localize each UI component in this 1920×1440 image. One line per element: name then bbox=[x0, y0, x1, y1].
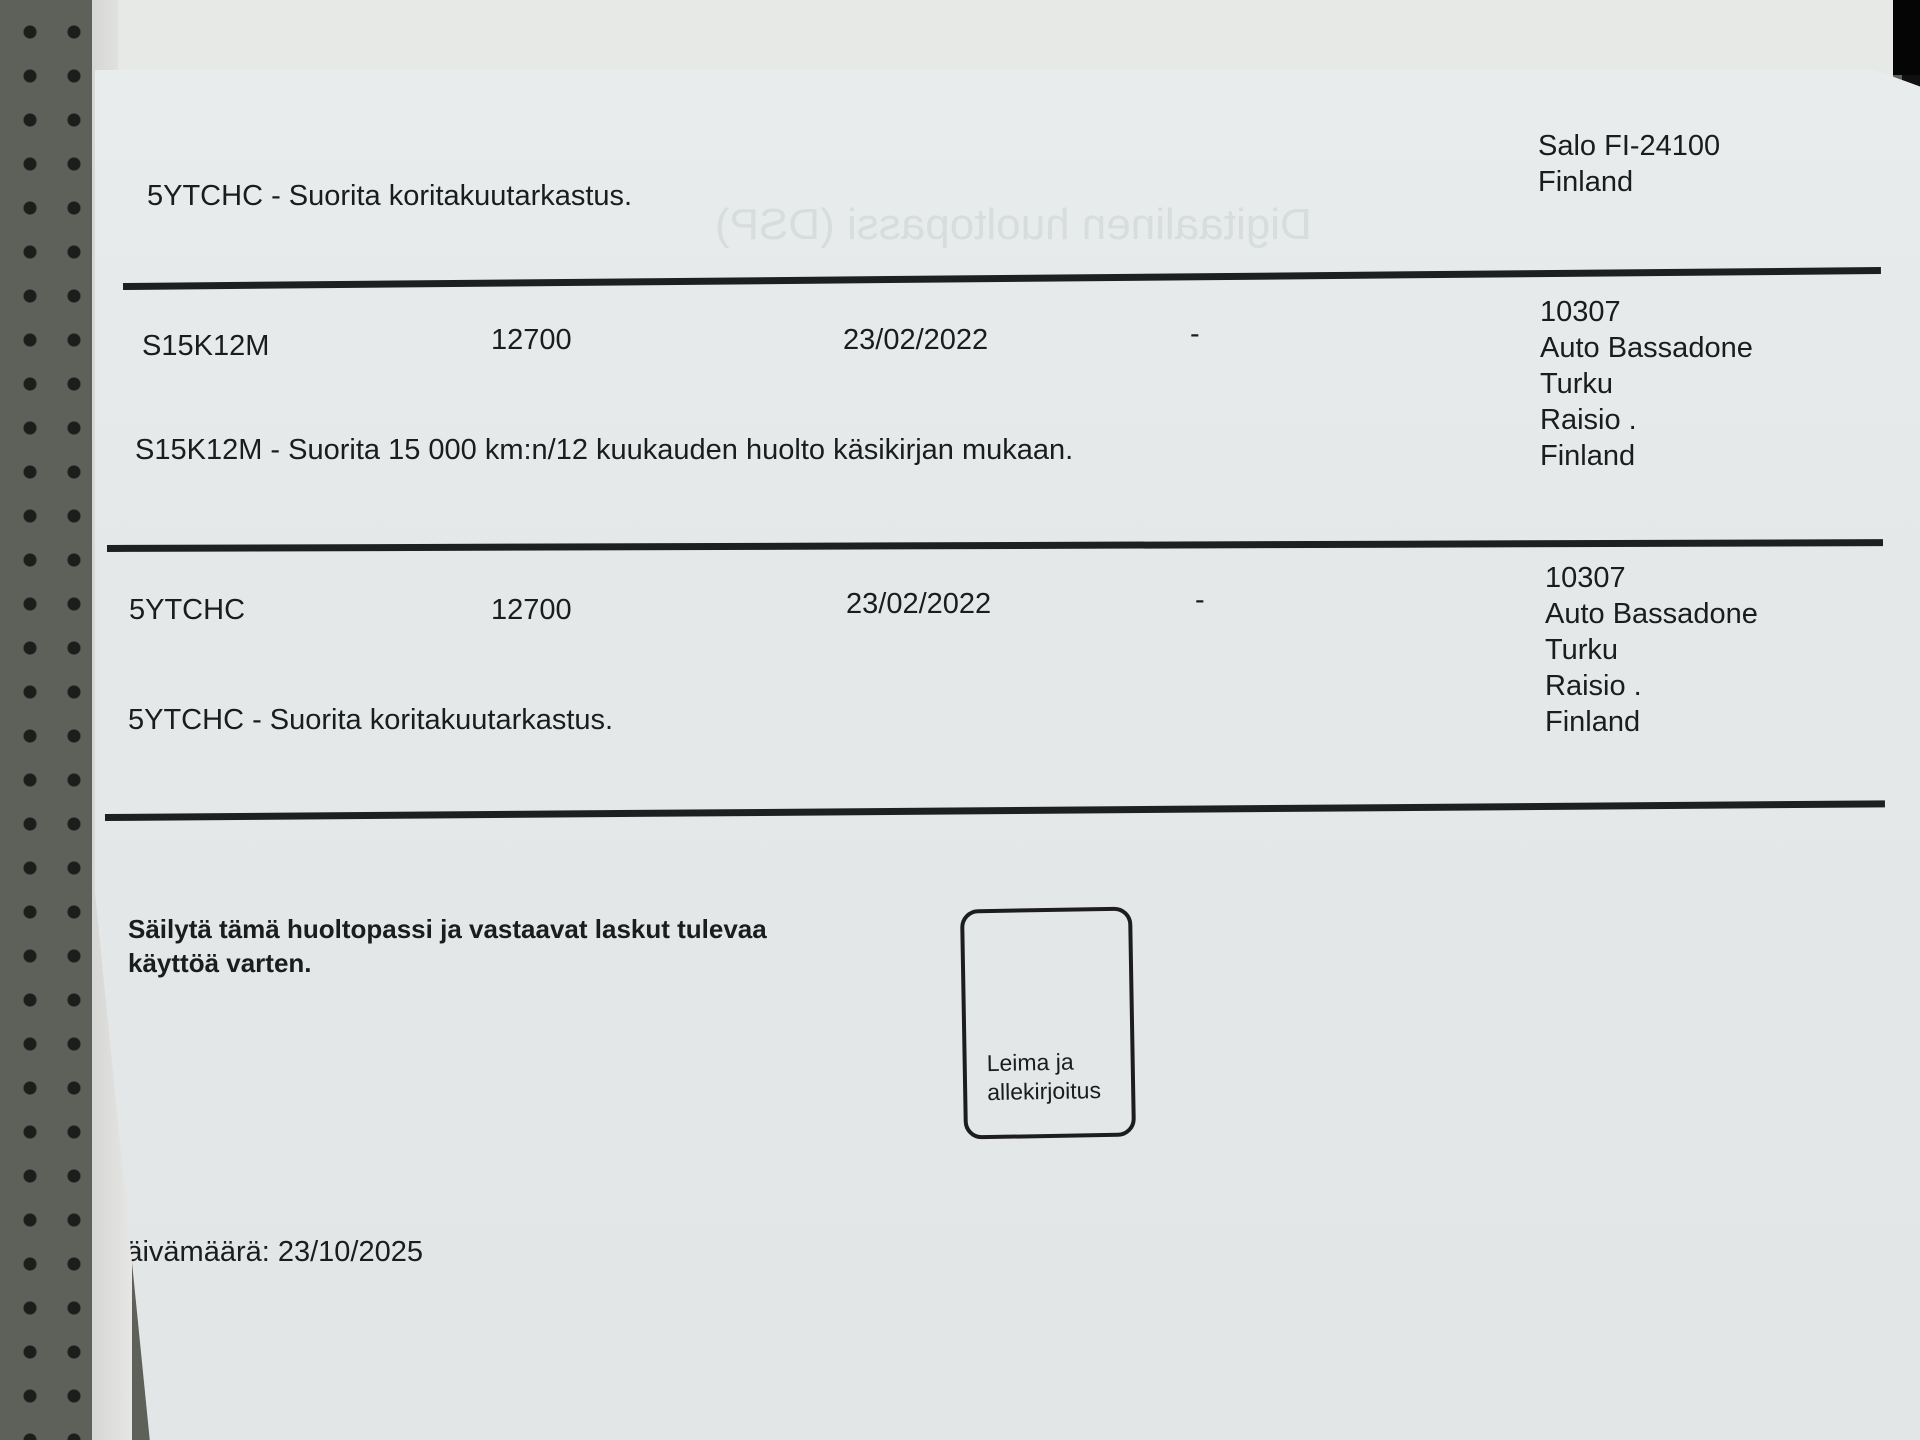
background-dark-corner bbox=[1893, 0, 1920, 75]
entry-dealer: 10307 Auto Bassadone Turku Raisio . Finl… bbox=[1540, 294, 1753, 474]
stamp-signature-box: Leima ja allekirjoitus bbox=[960, 907, 1136, 1140]
entry-code: 5YTCHC bbox=[129, 596, 245, 625]
service-record-sheet: Digitaalinen huoltopassi (DSP) 5YTCHC - … bbox=[95, 70, 1920, 1440]
entry-description: S15K12M - Suorita 15 000 km:n/12 kuukaud… bbox=[135, 436, 1073, 465]
entry-dealer: 10307 Auto Bassadone Turku Raisio . Finl… bbox=[1545, 560, 1758, 740]
entry-extra: - bbox=[1190, 320, 1200, 349]
entry-date: 23/02/2022 bbox=[843, 326, 988, 355]
entry-extra: - bbox=[1195, 586, 1205, 615]
stamp-label: Leima ja allekirjoitus bbox=[986, 1047, 1131, 1108]
entry-description: 5YTCHC - Suorita koritakuutarkastus. bbox=[128, 706, 613, 735]
entry-date: 23/02/2022 bbox=[846, 590, 991, 619]
top-address: Salo FI-24100 Finland bbox=[1538, 128, 1720, 200]
print-date: Päivämäärä: 23/10/2025 bbox=[107, 1238, 423, 1267]
show-through-text: Digitaalinen huoltopassi (DSP) bbox=[715, 200, 1312, 250]
divider-line bbox=[123, 267, 1881, 290]
divider-line bbox=[107, 539, 1883, 552]
entry-mileage: 12700 bbox=[491, 596, 572, 625]
retention-notice: Säilytä tämä huoltopassi ja vastaavat la… bbox=[128, 912, 828, 980]
entry-code: S15K12M bbox=[142, 332, 269, 361]
top-description: 5YTCHC - Suorita koritakuutarkastus. bbox=[147, 182, 632, 211]
entry-mileage: 12700 bbox=[491, 326, 572, 355]
divider-line bbox=[105, 800, 1885, 821]
